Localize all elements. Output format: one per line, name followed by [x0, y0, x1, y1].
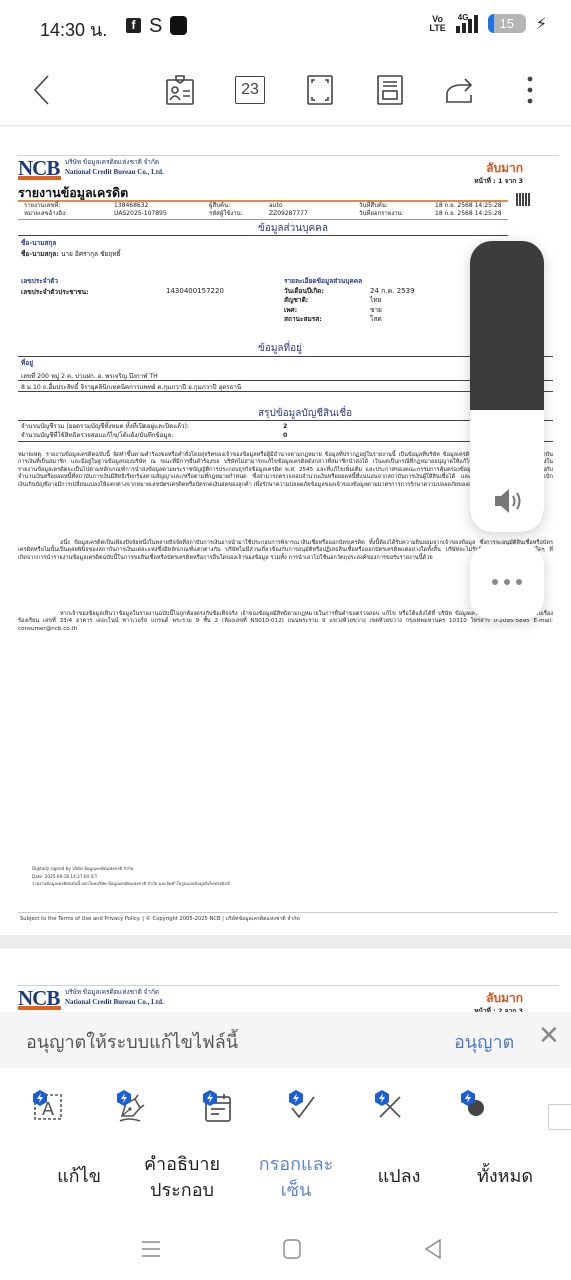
back-button[interactable] — [22, 70, 62, 110]
volume-more-button[interactable] — [470, 545, 544, 619]
close-icon[interactable]: ✕ — [538, 1022, 560, 1050]
date-tool[interactable] — [200, 1086, 244, 1130]
gender-label: เพศ: — [284, 306, 370, 315]
section-title-personal: ข้อมูลส่วนบุคคล — [258, 221, 328, 236]
triangle-back-icon — [418, 1234, 448, 1264]
birthdate-label: วันเดือนปีเกิด: — [284, 287, 370, 296]
issue-date: 18 ก.ย. 2568 14:25:28 — [435, 210, 502, 218]
premium-bolt-icon — [202, 1090, 218, 1106]
back-nav-button[interactable] — [418, 1234, 448, 1264]
section-title-summary: สรุปข้อมูลบัญชีสินเชื่อ — [258, 406, 352, 421]
signal-icon: 4G — [456, 15, 478, 33]
share-icon — [443, 73, 477, 107]
summary-table: จำนวนบัญชีรวม (ยอดรวมบัญชีทั้งหมด ทั้งที… — [21, 422, 287, 440]
meta-label: หมายเลขอ้างอิง: — [24, 210, 114, 218]
speaker-icon — [492, 486, 524, 516]
tab-convert[interactable]: แปลง — [364, 1164, 434, 1190]
premium-bolt-icon — [374, 1090, 390, 1106]
viewer-toolbar: 23 — [0, 56, 571, 126]
charging-icon: ⚡ — [536, 14, 547, 33]
edit-permission-bar: อนุญาตให้ระบบแก้ไขไฟล์นี้ อนุญาต ✕ — [0, 1012, 571, 1068]
id-badge-icon — [164, 73, 196, 107]
tab-annotate[interactable]: คำอธิบาย ประกอบ — [130, 1152, 234, 1204]
facebook-icon: f — [126, 18, 141, 33]
menu-lines-icon — [136, 1234, 166, 1264]
reference-number: UAS2025-107895 — [114, 210, 209, 218]
digital-signature: Digitally signed by บริษัท ข้อมูลเครดิตแ… — [32, 865, 230, 888]
address-section-label: ที่อยู่ — [21, 358, 33, 368]
permission-message: อนุญาตให้ระบบแก้ไขไฟล์นี้ — [26, 1027, 238, 1056]
name-section-label: ชื่อ-นามสกุล — [21, 238, 56, 248]
company-name: บริษัท ข้อมูลเครดิตแห่งชาติ จำกัด Nation… — [65, 989, 164, 1006]
page-number-badge: 23 — [235, 76, 265, 104]
dot-tool[interactable] — [458, 1086, 502, 1130]
company-name-en: National Credit Bureau Co., Ltd. — [65, 998, 164, 1007]
status-time: 14:30 น. — [40, 15, 107, 44]
nationality-label: สัญชาติ: — [284, 296, 370, 305]
system-icons: VoLTE 4G 15 ⚡ — [429, 14, 547, 33]
meta-label: วันที่ออกรายงาน: — [359, 210, 435, 218]
fullscreen-icon — [305, 73, 335, 107]
company-name-en: National Credit Bureau Co., Ltd. — [65, 168, 164, 177]
recent-apps-button[interactable] — [136, 1234, 166, 1264]
ncb-logo: NCB บริษัท ข้อมูลเครดิตแห่งชาติ จำกัด Na… — [18, 159, 164, 179]
total-accounts: 2 — [283, 422, 287, 431]
more-vertical-icon — [525, 73, 535, 107]
id-label: เลขประจำตัวประชาชน: — [21, 287, 89, 297]
chevron-left-icon — [30, 73, 54, 107]
home-button[interactable] — [277, 1234, 307, 1264]
reading-mode-icon — [375, 73, 405, 107]
allow-button[interactable]: อนุญาต — [454, 1027, 514, 1056]
name-row: ชื่อ-นามสกุล: นาย อิศรากุล ชัยฤทธิ์ — [21, 249, 121, 259]
ncb-logo: NCB บริษัท ข้อมูลเครดิตแห่งชาติ จำกัด Na… — [18, 989, 164, 1009]
ncb-mark: NCB — [18, 989, 61, 1009]
tab-edit[interactable]: แก้ไข — [44, 1164, 114, 1190]
user-code: ZZ09287777 — [269, 210, 359, 218]
premium-bolt-icon — [32, 1090, 48, 1106]
section-title-address: ข้อมูลที่อยู่ — [258, 341, 302, 356]
fill-sign-tools: A — [0, 1068, 571, 1146]
summary-label: จำนวนบัญชีรวม (ยอดรวมบัญชีทั้งหมด ทั้งที… — [21, 422, 283, 431]
page-number-button[interactable]: 23 — [230, 70, 270, 110]
marital-label: สถานะสมรส: — [284, 315, 370, 324]
checkmark-tool[interactable] — [286, 1086, 330, 1130]
personal-details: วันเดือนปีเกิด:24 ก.ค. 2539 สัญชาติ:ไทย … — [284, 287, 415, 325]
box-tool[interactable] — [548, 1104, 571, 1130]
signature-tool[interactable] — [114, 1086, 158, 1130]
dot — [504, 579, 510, 585]
note-paragraph-3: หากเจ้าของข้อมูลเห็นว่าข้อมูลในรายงานฉบั… — [18, 611, 553, 633]
black-square-icon — [170, 16, 187, 35]
signed-by: Digitally signed by บริษัท ข้อมูลเครดิตแ… — [32, 865, 230, 873]
tab-all[interactable]: ทั้งหมด — [464, 1164, 546, 1190]
name-label: ชื่อ-นามสกุล: — [21, 250, 59, 258]
editor-mode-tabs: แก้ไข คำอธิบาย ประกอบ กรอกและ เซ็น แปลง … — [0, 1146, 571, 1218]
more-options-button[interactable] — [510, 70, 550, 110]
volte-icon: VoLTE — [429, 15, 445, 33]
premium-bolt-icon — [288, 1090, 304, 1106]
meta-label: ผู้สืบค้น: — [209, 202, 269, 210]
signed-date: Date: 2025-09-18 14:27:04 ICT — [32, 873, 230, 881]
divider — [18, 912, 558, 913]
id-value: 1430400157220 — [166, 287, 224, 295]
share-button[interactable] — [440, 70, 480, 110]
id-section-label: เลขประจำตัว — [21, 276, 58, 286]
disputed-accounts: 0 — [283, 431, 287, 440]
premium-bolt-icon — [460, 1090, 476, 1106]
page-label: หน้าที่ : 1 จาก 3 — [474, 176, 523, 186]
text-box-tool[interactable]: A — [30, 1086, 74, 1130]
company-name: บริษัท ข้อมูลเครดิตแห่งชาติ จำกัด Nation… — [65, 159, 164, 176]
tab-fill-and-sign[interactable]: กรอกและ เซ็น — [244, 1152, 348, 1204]
dot — [492, 579, 498, 585]
meta-label: รายงานเลขที่: — [24, 202, 114, 210]
battery-level: 15 — [500, 16, 514, 31]
report-meta: รายงานเลขที่: 138468632 ผู้สืบค้น: auto … — [24, 202, 504, 218]
search-date: 18 ก.ย. 2568 14:25:28 — [435, 202, 502, 210]
header-rule — [17, 985, 559, 986]
signed-note: รายงานข้อมูลเครดิตฉบับนี้ ออกโดยบริษัท ข… — [32, 880, 230, 888]
fullscreen-button[interactable] — [300, 70, 340, 110]
meta-label: วันที่สืบค้น: — [359, 202, 435, 210]
qr-code-icon — [516, 193, 530, 206]
status-bar: 14:30 น. f S VoLTE 4G 15 ⚡ — [0, 0, 571, 56]
volume-slider[interactable] — [470, 241, 544, 532]
name-value: นาย อิศรากุล ชัยฤทธิ์ — [61, 250, 121, 258]
details-section-label: รายละเอียดข้อมูลส่วนบุคคล — [284, 276, 362, 286]
company-name-th: บริษัท ข้อมูลเครดิตแห่งชาติ จำกัด — [65, 159, 164, 168]
page-footer: Subject to the Terms of Use and Privacy … — [20, 915, 300, 923]
reading-mode-button[interactable] — [370, 70, 410, 110]
gender-value: ชาย — [370, 306, 382, 315]
dot — [516, 579, 522, 585]
divider — [18, 235, 508, 236]
company-name-th: บริษัท ข้อมูลเครดิตแห่งชาติ จำกัด — [65, 989, 164, 998]
report-number: 138468632 — [114, 202, 209, 210]
meta-label: รหัสผู้ใช้งาน: — [209, 210, 269, 218]
ncb-mark: NCB — [18, 159, 61, 179]
searcher-value: auto — [269, 202, 359, 210]
premium-bolt-icon — [116, 1090, 132, 1106]
header-rule — [17, 155, 559, 156]
contact-card-button[interactable] — [160, 70, 200, 110]
notification-icons: f S — [126, 16, 187, 35]
marital-value: โสด — [370, 315, 382, 324]
cross-tool[interactable] — [372, 1086, 416, 1130]
birthdate-value: 24 ก.ค. 2539 — [370, 287, 415, 296]
network-type: 4G — [458, 13, 469, 22]
divider — [18, 219, 508, 220]
battery-icon: 15 — [488, 14, 526, 33]
system-nav-bar — [0, 1218, 571, 1280]
home-square-icon — [277, 1234, 307, 1264]
summary-label: จำนวนบัญชีที่ใช้สิทธิตรวจสอบแก้ไข/โต้แย้… — [21, 431, 283, 440]
nationality-value: ไทย — [370, 296, 381, 305]
s-app-icon: S — [149, 17, 162, 35]
